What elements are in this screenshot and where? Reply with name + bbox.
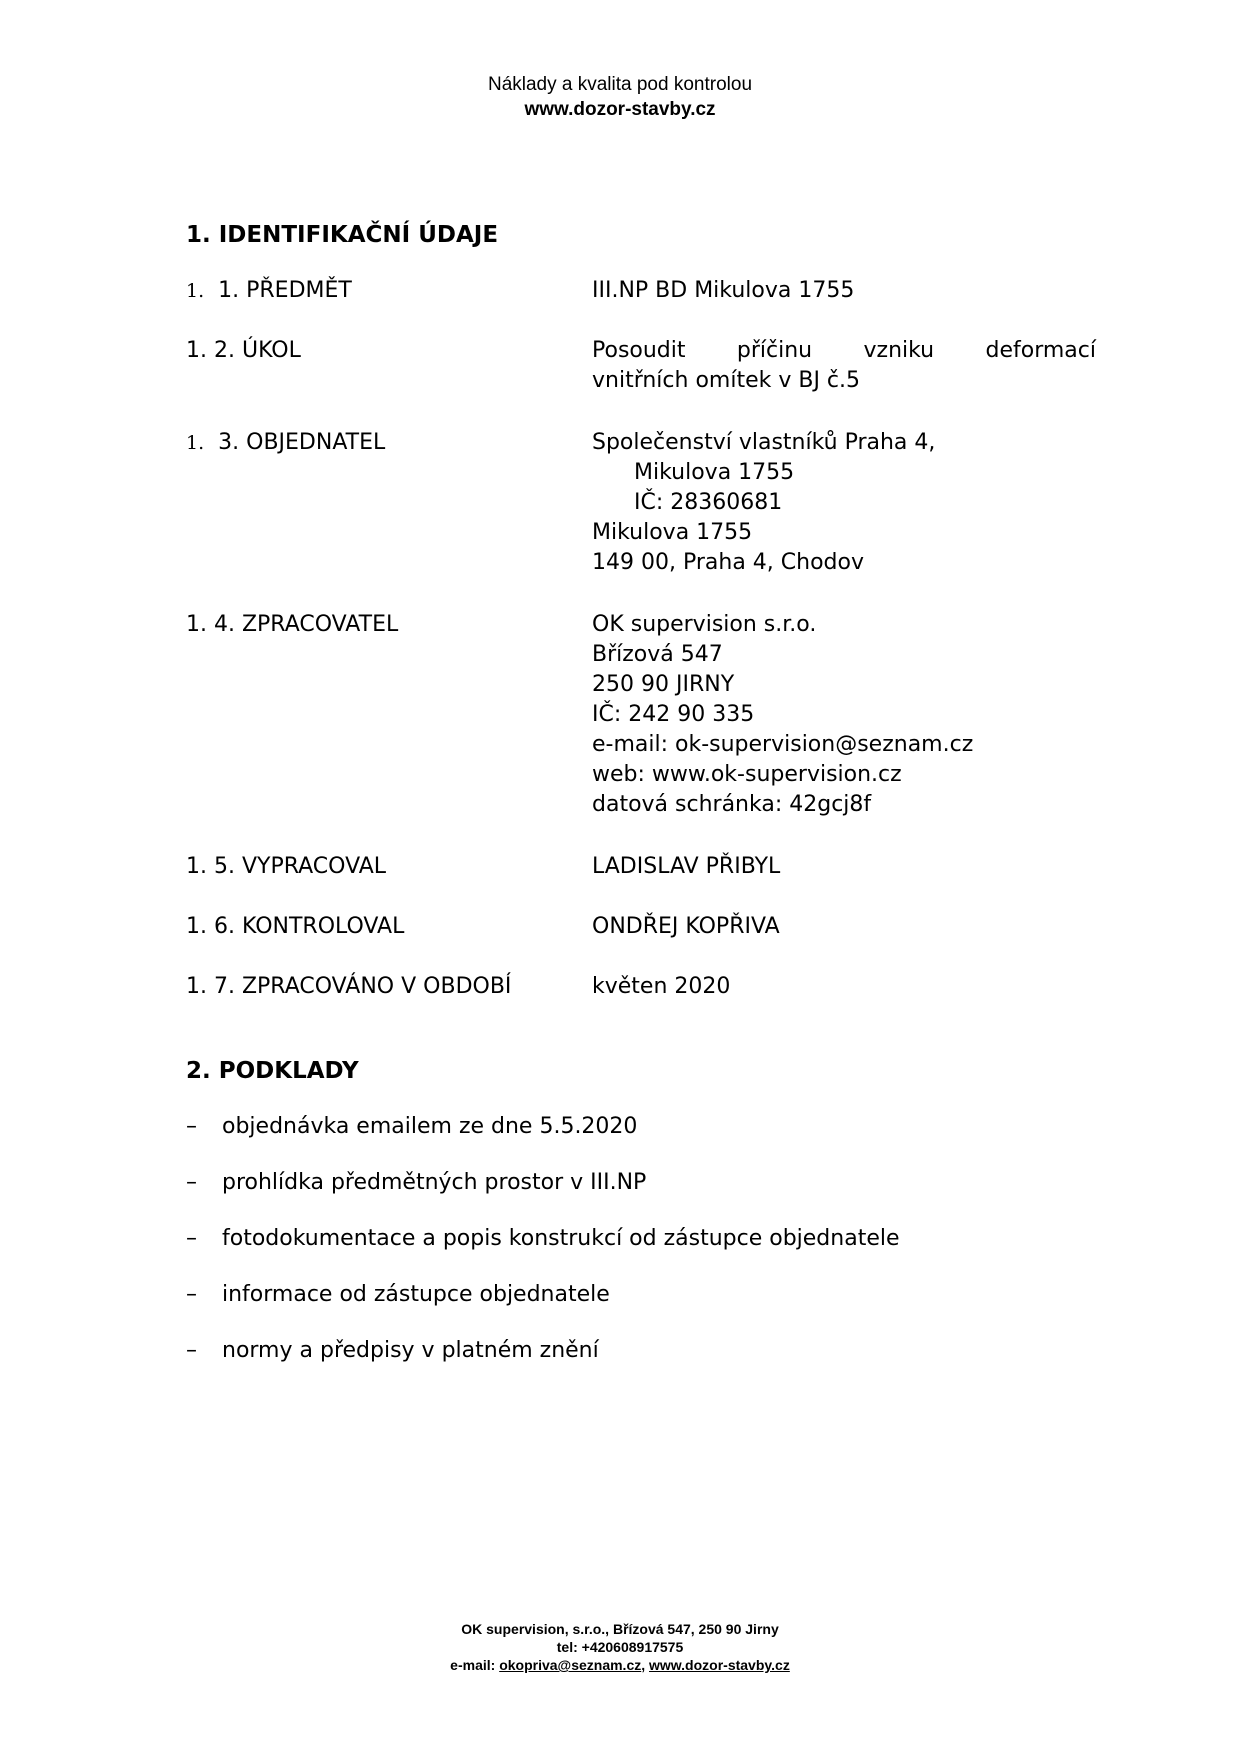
list-item: –informace od zástupce objednatele <box>186 1280 610 1310</box>
row-value: LADISLAV PŘIBYL <box>592 852 1096 882</box>
row-number: 1. <box>186 280 204 302</box>
footer-contacts: e-mail: okopriva@seznam.cz, www.dozor-st… <box>0 1656 1240 1674</box>
footer-web-link[interactable]: www.dozor-stavby.cz <box>649 1657 790 1673</box>
dash-bullet-icon: – <box>186 1336 222 1366</box>
row-value: Společenství vlastníků Praha 4, <box>592 428 1096 458</box>
footer-email-link[interactable]: okopriva@seznam.cz <box>499 1657 641 1673</box>
row-value: ONDŘEJ KOPŘIVA <box>592 912 1096 942</box>
dash-bullet-icon: – <box>186 1112 222 1142</box>
page-footer: OK supervision, s.r.o., Břízová 547, 250… <box>0 1620 1240 1674</box>
section-2-title: 2. PODKLADY <box>186 1058 359 1084</box>
row-label: 1. PŘEDMĚT <box>218 278 352 303</box>
row-label: 1. 7. ZPRACOVÁNO V OBDOBÍ <box>186 972 586 1002</box>
list-item: –prohlídka předmětných prostor v III.NP <box>186 1168 646 1198</box>
row-value: datová schránka: 42gcj8f <box>592 790 1096 820</box>
row-value: Mikulova 1755 <box>592 458 1096 488</box>
row-value: Břízová 547 <box>592 640 1096 670</box>
row-value: vnitřních omítek v BJ č.5 <box>592 366 1096 396</box>
row-label: 1. 5. VYPRACOVAL <box>186 852 586 882</box>
row-value-web: web: www.ok-supervision.cz <box>592 760 1096 790</box>
footer-phone: tel: +420608917575 <box>0 1638 1240 1656</box>
row-label: 3. OBJEDNATEL <box>218 430 385 455</box>
row-value: 149 00, Praha 4, Chodov <box>592 548 1096 578</box>
row-value: IČ: 28360681 <box>592 488 1096 518</box>
row-value: květen 2020 <box>592 972 1096 1002</box>
row-value: Posoudit příčinu vzniku deformací <box>592 336 1096 366</box>
dash-bullet-icon: – <box>186 1168 222 1198</box>
row-label: 1. 4. ZPRACOVATEL <box>186 610 586 640</box>
dash-bullet-icon: – <box>186 1224 222 1254</box>
header-tagline: Náklady a kvalita pod kontrolou <box>0 72 1240 97</box>
footer-company: OK supervision, s.r.o., Břízová 547, 250… <box>0 1620 1240 1638</box>
list-item: –fotodokumentace a popis konstrukcí od z… <box>186 1224 900 1254</box>
list-item: –objednávka emailem ze dne 5.5.2020 <box>186 1112 637 1142</box>
row-value: Mikulova 1755 <box>592 518 1096 548</box>
row-value: III.NP BD Mikulova 1755 <box>592 276 1096 306</box>
row-value: OK supervision s.r.o. <box>592 610 1096 640</box>
dash-bullet-icon: – <box>186 1280 222 1310</box>
row-label: 1. 2. ÚKOL <box>186 336 586 366</box>
row-value: IČ: 242 90 335 <box>592 700 1096 730</box>
row-number: 1. <box>186 432 204 454</box>
row-value-email: e-mail: ok-supervision@seznam.cz <box>592 730 1096 760</box>
row-value: 250 90 JIRNY <box>592 670 1096 700</box>
section-1-title: 1. IDENTIFIKAČNÍ ÚDAJE <box>186 222 498 248</box>
row-label: 1. 6. KONTROLOVAL <box>186 912 586 942</box>
list-item: –normy a předpisy v platném znění <box>186 1336 599 1366</box>
header-url: www.dozor-stavby.cz <box>0 97 1240 122</box>
page-header: Náklady a kvalita pod kontrolou www.dozo… <box>0 72 1240 122</box>
